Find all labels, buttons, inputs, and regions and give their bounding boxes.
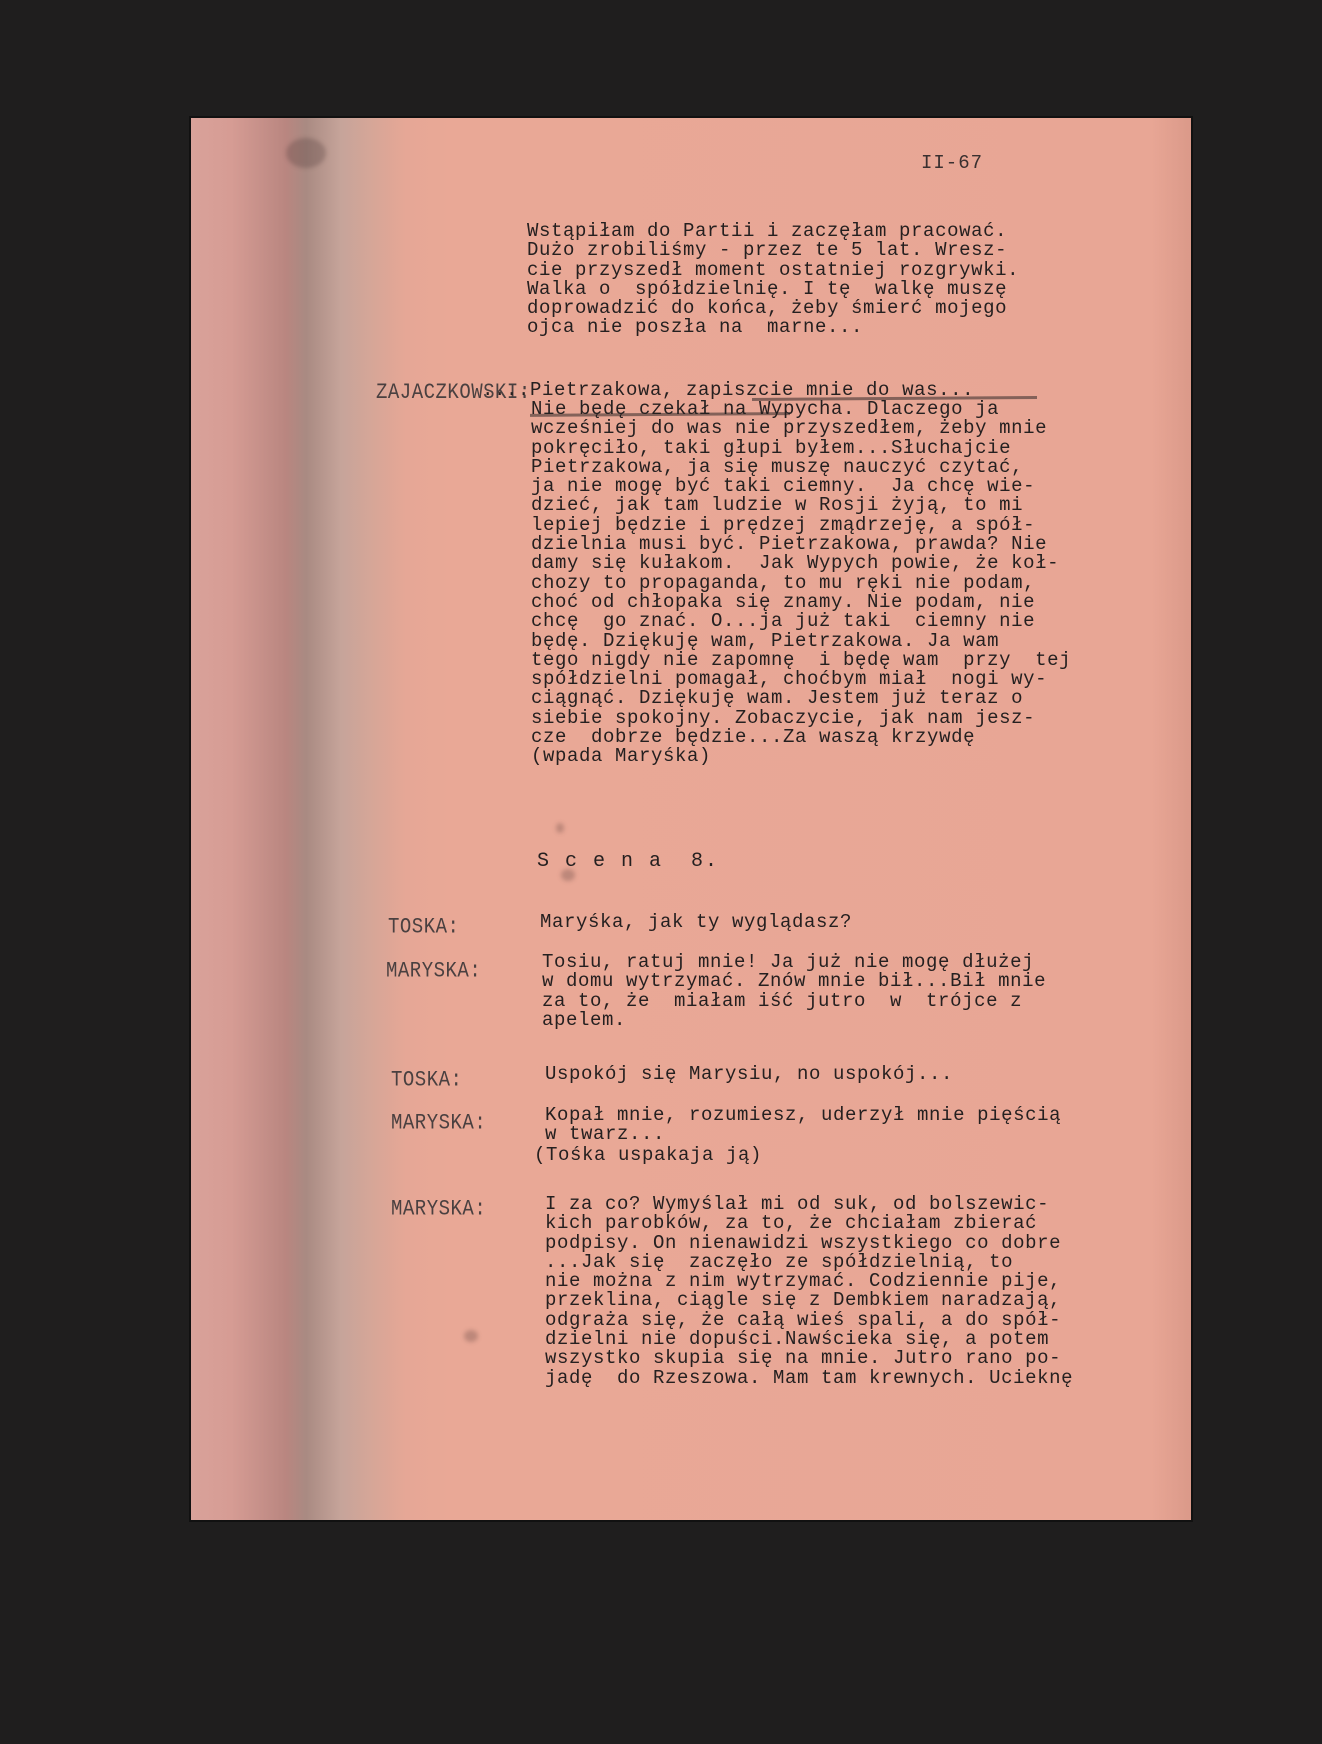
speaker-label: TOSKA: bbox=[391, 1067, 462, 1092]
text-line: cie przyszedł moment ostatniej rozgrywki… bbox=[527, 261, 1019, 280]
ink-smudge bbox=[464, 1330, 478, 1342]
text-line: Uspokój się Marysiu, no uspokój... bbox=[545, 1065, 953, 1084]
dialogue-block: Kopał mnie, rozumiesz, uderzył mnie pięś… bbox=[545, 1106, 1061, 1145]
text-line: będę. Dziękuję wam, Pietrzakowa. Ja wam bbox=[531, 632, 1071, 651]
text-line: dzieć, jak tam ludzie w Rosji żyją, to m… bbox=[531, 496, 1071, 515]
dialogue-block: Tosiu, ratuj mnie! Ja już nie mogę dłuże… bbox=[542, 953, 1046, 1030]
speaker-label: MARYSKA: bbox=[391, 1196, 486, 1221]
ink-smudge bbox=[286, 138, 326, 168]
text-line: pokręciło, taki głupi byłem...Słuchajcie bbox=[531, 439, 1071, 458]
text-line: podpisy. On nienawidzi wszystkiego co do… bbox=[545, 1234, 1073, 1253]
text-line: apelem. bbox=[542, 1011, 1046, 1030]
stage-direction: (Tośka uspakaja ją) bbox=[534, 1146, 762, 1165]
text-line: w domu wytrzymać. Znów mnie bił...Bił mn… bbox=[542, 972, 1046, 991]
dialogue-block: Nie będę czekał na Wypycha. Dlaczego ja … bbox=[531, 400, 1071, 767]
text-line: przeklina, ciągle się z Dembkiem naradza… bbox=[545, 1291, 1073, 1310]
text-line: wszystko skupia się na mnie. Jutro rano … bbox=[545, 1349, 1073, 1368]
scene-heading: S c e n a 8. bbox=[537, 850, 719, 873]
speaker-label: MARYSKA: bbox=[386, 958, 481, 983]
text-line: damy się kułakom. Jak Wypych powie, że k… bbox=[531, 554, 1071, 573]
text-line: (wpada Maryśka) bbox=[531, 747, 1071, 766]
speaker-label: MARYSKA: bbox=[391, 1110, 486, 1135]
opening-paragraph: Wstąpiłam do Partii i zaczęłam pracować.… bbox=[527, 222, 1019, 338]
text-line: wcześniej do was nie przyszedłem, żeby m… bbox=[531, 419, 1071, 438]
text-line: jadę do Rzeszowa. Mam tam krewnych. Ucie… bbox=[545, 1369, 1073, 1388]
page-number: II-67 bbox=[921, 152, 983, 174]
dialogue-block: I za co? Wymyślał mi od suk, od bolszewi… bbox=[545, 1195, 1073, 1388]
text-line: za to, że miałam iść jutro w trójce z bbox=[542, 992, 1046, 1011]
text-line: ciągnąć. Dziękuję wam. Jestem już teraz … bbox=[531, 689, 1071, 708]
text-line: chcę go znać. O...ja już taki ciemny nie bbox=[531, 612, 1071, 631]
text-line: w twarz... bbox=[545, 1125, 1061, 1144]
speaker-label: TOSKA: bbox=[388, 914, 459, 939]
text-line: (Tośka uspakaja ją) bbox=[534, 1146, 762, 1165]
ink-smudge bbox=[556, 823, 564, 833]
dialogue-block: Maryśka, jak ty wyglądasz? bbox=[540, 913, 852, 932]
text-line: Dużo zrobiliśmy - przez te 5 lat. Wresz- bbox=[527, 241, 1019, 260]
text-line: Maryśka, jak ty wyglądasz? bbox=[540, 913, 852, 932]
text-line: kich parobków, za to, że chciałam zbiera… bbox=[545, 1214, 1073, 1233]
dialogue-block: Uspokój się Marysiu, no uspokój... bbox=[545, 1065, 953, 1084]
text-line: ojca nie poszła na marne... bbox=[527, 318, 1019, 337]
